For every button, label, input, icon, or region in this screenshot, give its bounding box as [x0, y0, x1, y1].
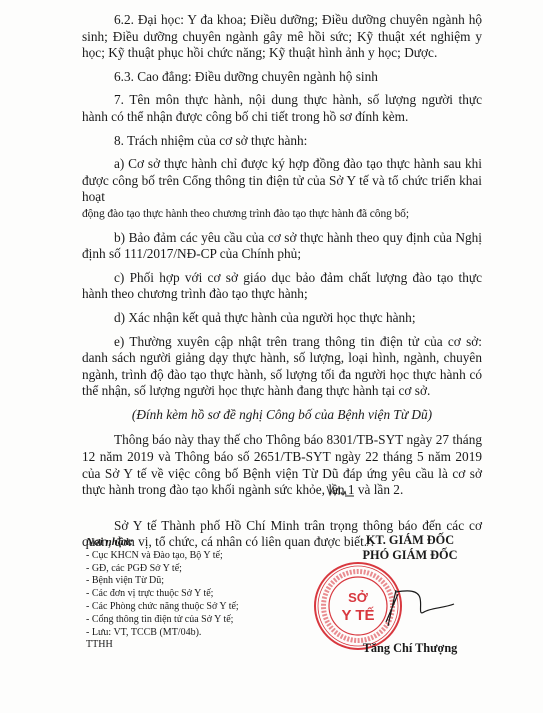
recipient-item: - Các Phòng chức năng thuộc Sở Y tế;	[86, 601, 306, 614]
signer-role-2: PHÓ GIÁM ĐỐC	[330, 548, 490, 563]
recipient-item: TTHH	[86, 639, 306, 652]
recipient-item: - GĐ, các PGĐ Sở Y tế;	[86, 563, 306, 576]
paragraph-8a: a) Cơ sở thực hành chỉ được ký hợp đồng …	[82, 156, 482, 206]
recipient-item: - Cổng thông tin điện tử của Sở Y tế;	[86, 614, 306, 627]
paragraph-8c: c) Phối hợp với cơ sở giáo dục bảo đảm c…	[82, 270, 482, 303]
initials-mark-icon	[325, 484, 355, 498]
paragraph-7: 7. Tên môn thực hành, nội dung thực hành…	[82, 92, 482, 125]
paragraph-8: 8. Trách nhiệm của cơ sở thực hành:	[82, 133, 482, 150]
paragraph-6-3: 6.3. Cao đẳng: Điều dưỡng chuyên ngành h…	[82, 69, 482, 86]
paragraph-6-2: 6.2. Đại học: Y đa khoa; Điều dưỡng; Điề…	[82, 12, 482, 62]
handwritten-signature-icon	[368, 586, 458, 636]
recipient-item: - Bệnh viện Từ Dũ;	[86, 575, 306, 588]
recipients-block: Nơi nhận: - Cục KHCN và Đào tạo, Bộ Y tế…	[86, 536, 306, 652]
paragraph-8b: b) Bảo đảm các yêu cầu của cơ sở thực hà…	[82, 230, 482, 263]
recipient-item: - Cục KHCN và Đào tạo, Bộ Y tế;	[86, 550, 306, 563]
signature-block: KT. GIÁM ĐỐC PHÓ GIÁM ĐỐC Tăng Chí Thượn…	[330, 533, 490, 563]
attachment-note: (Đính kèm hồ sơ đề nghị Công bố của Bệnh…	[82, 407, 482, 424]
recipients-title: Nơi nhận:	[86, 536, 306, 549]
signer-name: Tăng Chí Thượng	[330, 641, 490, 656]
recipient-item: - Các đơn vị trực thuộc Sở Y tế;	[86, 588, 306, 601]
document-body: 6.2. Đại học: Y đa khoa; Điều dưỡng; Điề…	[82, 12, 482, 558]
recipient-item: - Lưu: VT, TCCB (MT/04b).	[86, 627, 306, 640]
paragraph-8d: d) Xác nhận kết quả thực hành của người …	[82, 310, 482, 327]
svg-text:SỞ: SỞ	[348, 590, 369, 605]
signer-role-1: KT. GIÁM ĐỐC	[330, 533, 490, 548]
replacement-notice: Thông báo này thay thế cho Thông báo 830…	[82, 432, 482, 498]
paragraph-8a-cont: động đào tạo thực hành theo chương trình…	[82, 206, 482, 223]
paragraph-8e: e) Thường xuyên cập nhật trên trang thôn…	[82, 334, 482, 400]
